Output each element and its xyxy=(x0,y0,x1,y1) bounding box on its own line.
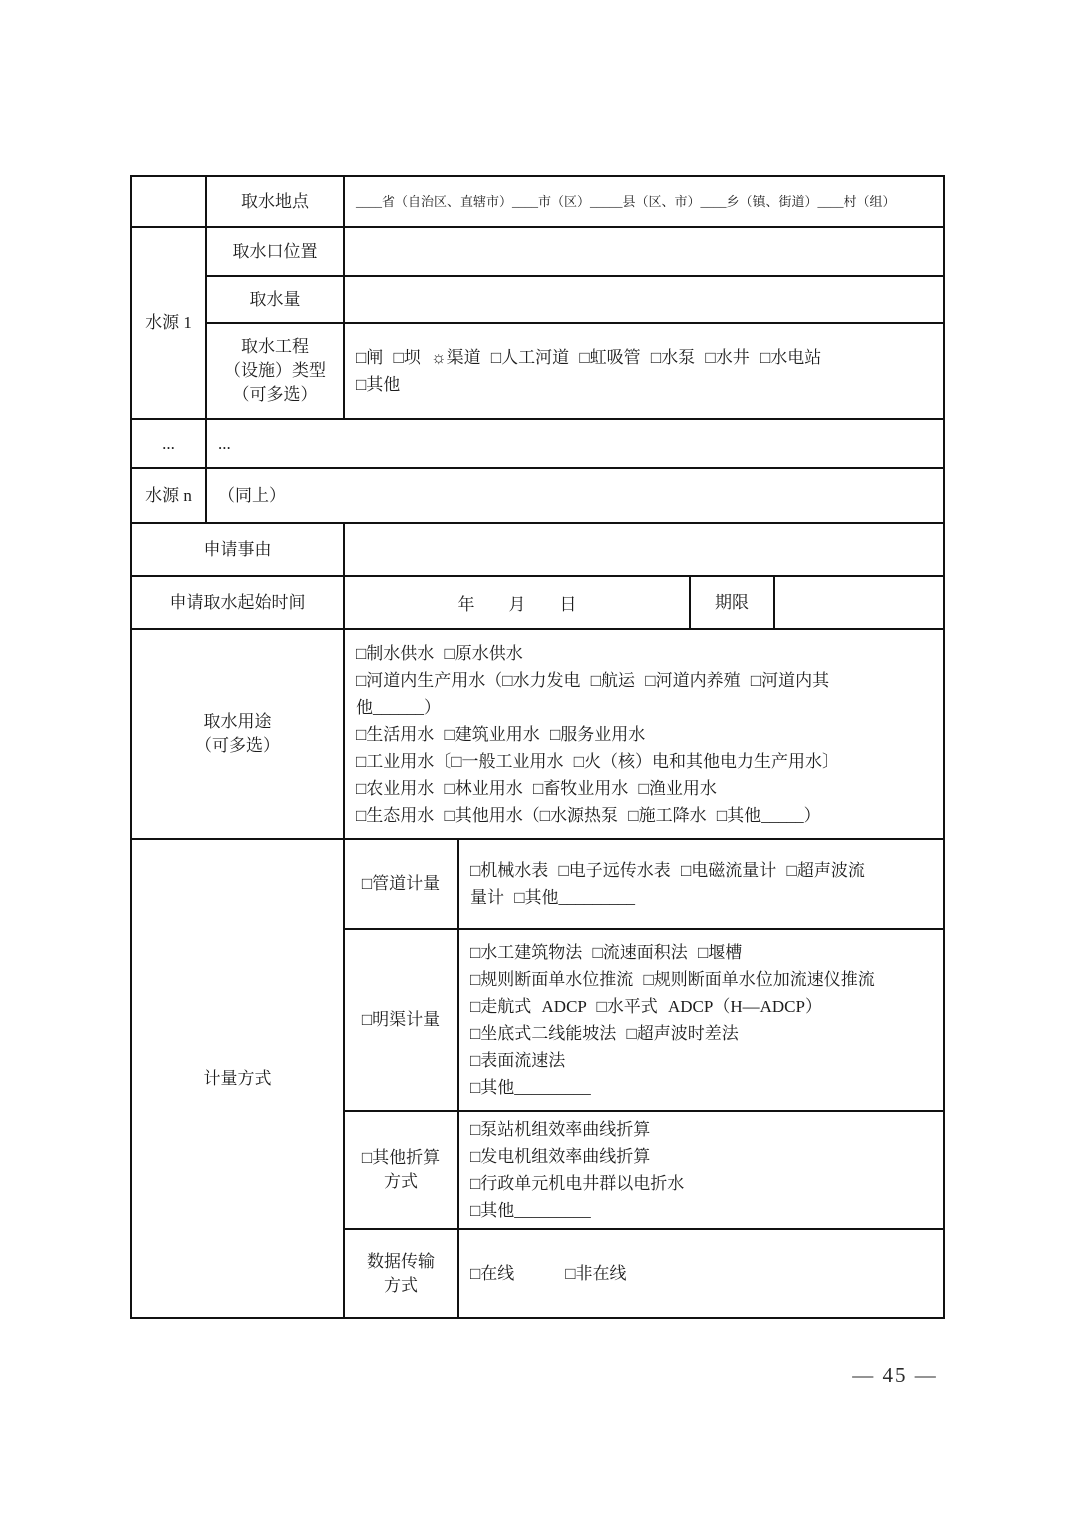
usage-label: 取水用途 （可多选） xyxy=(131,629,344,839)
intake-position-label: 取水口位置 xyxy=(206,227,344,276)
water-intake-application-table: 取水地点 ____省（自治区、直辖市）____市（区）_____县（区、市）__… xyxy=(130,175,945,1319)
source1-label: 水源 1 xyxy=(131,227,206,419)
pipe-metering-options[interactable]: □机械水表 □电子远传水表 □电磁流量计 □超声波流 量计 □其他_______… xyxy=(458,839,944,929)
ellipsis-row-value: ... xyxy=(206,419,944,468)
term-value-field[interactable] xyxy=(774,576,944,629)
metering-label: 计量方式 xyxy=(131,839,344,1318)
intake-volume-field[interactable] xyxy=(344,276,944,323)
other-conversion-checkbox[interactable]: □其他折算 方式 xyxy=(344,1111,458,1229)
open-channel-metering-options[interactable]: □水工建筑物法 □流速面积法 □堰槽 □规则断面单水位推流 □规则断面单水位加流… xyxy=(458,929,944,1111)
apply-time-label: 申请取水起始时间 xyxy=(131,576,344,629)
project-type-checkbox-group[interactable]: □闸 □坝 ☼渠道 □人工河道 □虹吸管 □水泵 □水井 □水电站 □其他 xyxy=(344,323,944,419)
term-label: 期限 xyxy=(690,576,774,629)
project-type-label: 取水工程 （设施）类型 （可多选） xyxy=(206,323,344,419)
apply-time-date-field[interactable]: 年 月 日 xyxy=(344,576,690,629)
pipe-metering-checkbox[interactable]: □管道计量 xyxy=(344,839,458,929)
usage-checkbox-group[interactable]: □制水供水 □原水供水 □河道内生产用水（□水力发电 □航运 □河道内养殖 □河… xyxy=(344,629,944,839)
intake-volume-label: 取水量 xyxy=(206,276,344,323)
data-transmission-label: 数据传输 方式 xyxy=(344,1229,458,1318)
document-page: 取水地点 ____省（自治区、直辖市）____市（区）_____县（区、市）__… xyxy=(0,0,1074,1520)
source-n-value: （同上） xyxy=(206,468,944,523)
other-conversion-options[interactable]: □泵站机组效率曲线折算 □发电机组效率曲线折算 □行政单元机电井群以电折水 □其… xyxy=(458,1111,944,1229)
ellipsis-row-label: ... xyxy=(131,419,206,468)
location-label: 取水地点 xyxy=(206,176,344,227)
open-channel-metering-checkbox[interactable]: □明渠计量 xyxy=(344,929,458,1111)
apply-reason-field[interactable] xyxy=(344,523,944,576)
empty-corner-cell xyxy=(131,176,206,227)
location-value-field[interactable]: ____省（自治区、直辖市）____市（区）_____县（区、市）____乡（镇… xyxy=(344,176,944,227)
source-n-label: 水源 n xyxy=(131,468,206,523)
data-transmission-options[interactable]: □在线 □非在线 xyxy=(458,1229,944,1318)
page-number: — 45 — xyxy=(840,1363,950,1388)
apply-reason-label: 申请事由 xyxy=(131,523,344,576)
intake-position-field[interactable] xyxy=(344,227,944,276)
